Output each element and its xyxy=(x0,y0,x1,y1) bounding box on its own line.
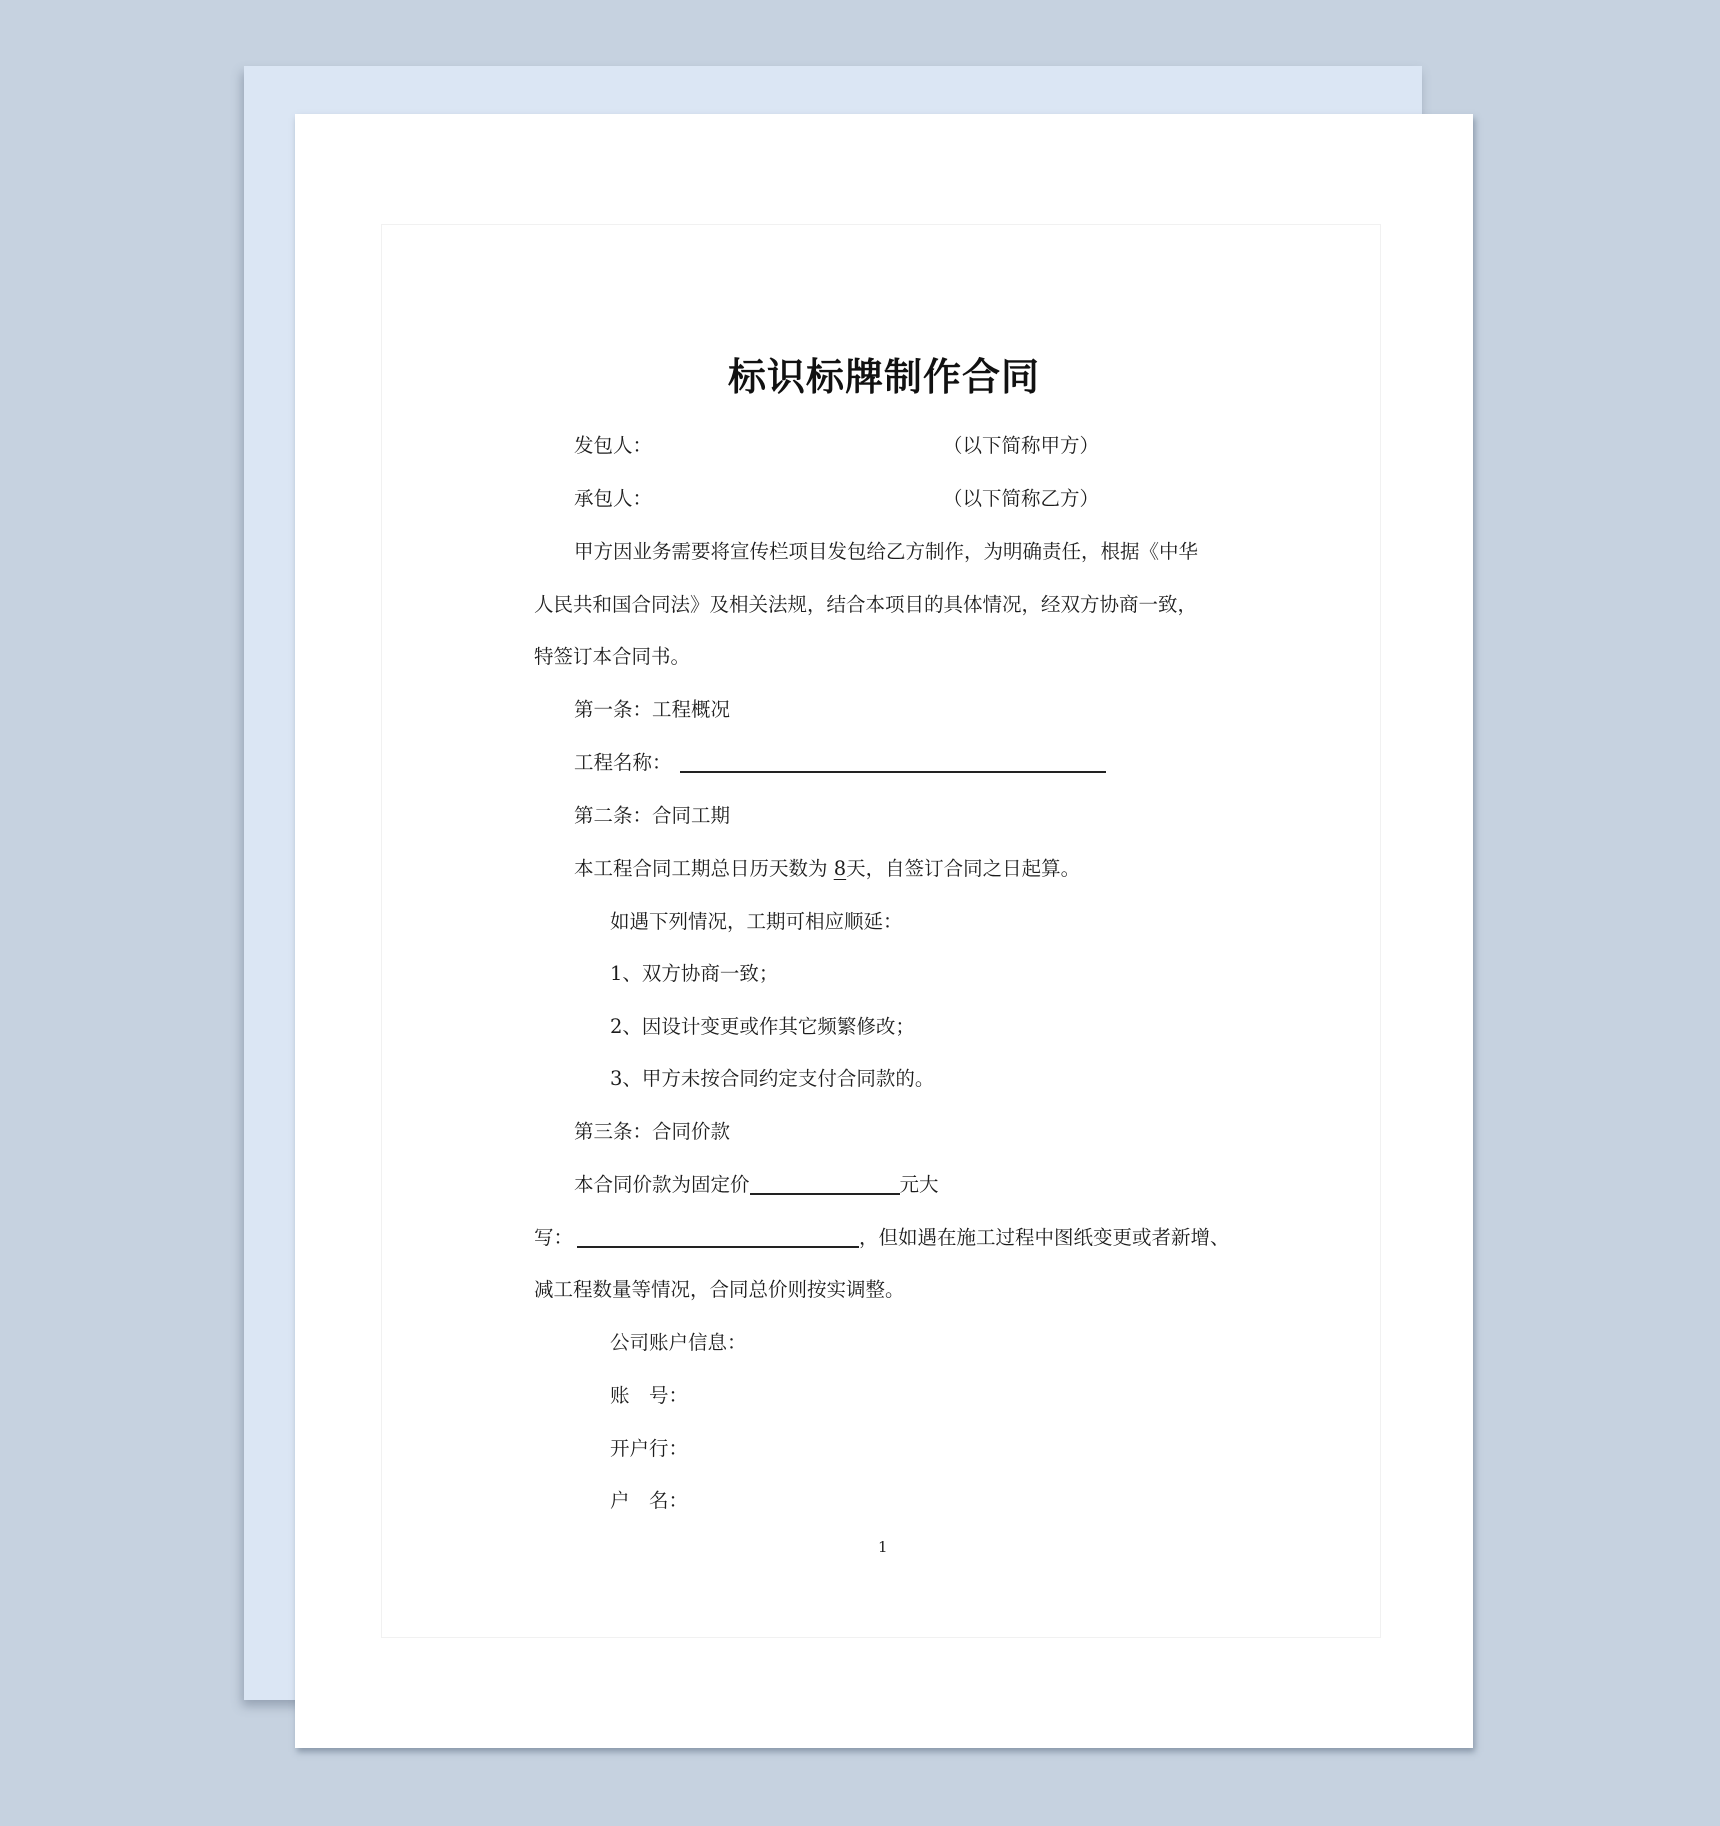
article-3-heading: 第三条：合同价款 xyxy=(574,1118,730,1146)
project-name-blank[interactable] xyxy=(680,770,1106,773)
extension-intro: 如遇下列情况，工期可相应顺延： xyxy=(610,908,903,936)
duration-days-value: 8 xyxy=(834,857,846,880)
price-adjust-line: 减工程数量等情况，合同总价则按实调整。 xyxy=(534,1276,905,1304)
page-number: 1 xyxy=(878,1538,888,1556)
project-name-field: 工程名称： xyxy=(574,749,1106,777)
document-page: 标识标牌制作合同 发包人： （以下简称甲方） 承包人： （以下简称乙方） 甲方因… xyxy=(295,114,1473,1748)
capital-suffix: ，但如遇在施工过程中图纸变更或者新增、 xyxy=(859,1226,1230,1249)
party-a-label: 发包人： xyxy=(574,432,652,460)
capital-label: 写： xyxy=(534,1226,573,1249)
capital-amount-blank[interactable] xyxy=(577,1245,859,1248)
condition-item-2: 2、因设计变更或作其它频繁修改； xyxy=(610,1013,915,1041)
duration-suffix: 天，自签订合同之日起算。 xyxy=(846,857,1080,880)
condition-item-1: 1、双方协商一致； xyxy=(610,960,778,988)
bank-label: 开户行： xyxy=(610,1435,688,1463)
account-info-heading: 公司账户信息： xyxy=(610,1329,747,1357)
article-1-heading: 第一条：工程概况 xyxy=(574,696,730,724)
account-holder-label: 户 名： xyxy=(610,1487,688,1515)
account-number-label: 账 号： xyxy=(610,1382,688,1410)
preamble-line-2: 人民共和国合同法》及相关法规，结合本项目的具体情况，经双方协商一致， xyxy=(534,591,1197,619)
price-prefix: 本合同价款为固定价 xyxy=(574,1173,750,1196)
duration-line: 本工程合同工期总日历天数为 8天，自签订合同之日起算。 xyxy=(574,855,1080,883)
price-suffix: 元大 xyxy=(900,1173,939,1196)
preamble-line-1: 甲方因业务需要将宣传栏项目发包给乙方制作，为明确责任，根据《中华 xyxy=(574,538,1198,566)
preamble-line-3: 特签订本合同书。 xyxy=(534,643,690,671)
price-blank[interactable] xyxy=(750,1192,900,1195)
article-2-heading: 第二条：合同工期 xyxy=(574,802,730,830)
project-name-label: 工程名称： xyxy=(574,751,672,774)
capital-amount-line: 写：，但如遇在施工过程中图纸变更或者新增、 xyxy=(534,1224,1230,1252)
condition-item-3: 3、甲方未按合同约定支付合同款的。 xyxy=(610,1065,934,1093)
party-b-note: （以下简称乙方） xyxy=(943,485,1099,513)
price-line: 本合同价款为固定价元大 xyxy=(574,1171,939,1199)
duration-prefix: 本工程合同工期总日历天数为 xyxy=(574,857,828,880)
party-a-note: （以下简称甲方） xyxy=(943,432,1099,460)
party-b-label: 承包人： xyxy=(574,485,652,513)
document-title: 标识标牌制作合同 xyxy=(295,346,1473,401)
